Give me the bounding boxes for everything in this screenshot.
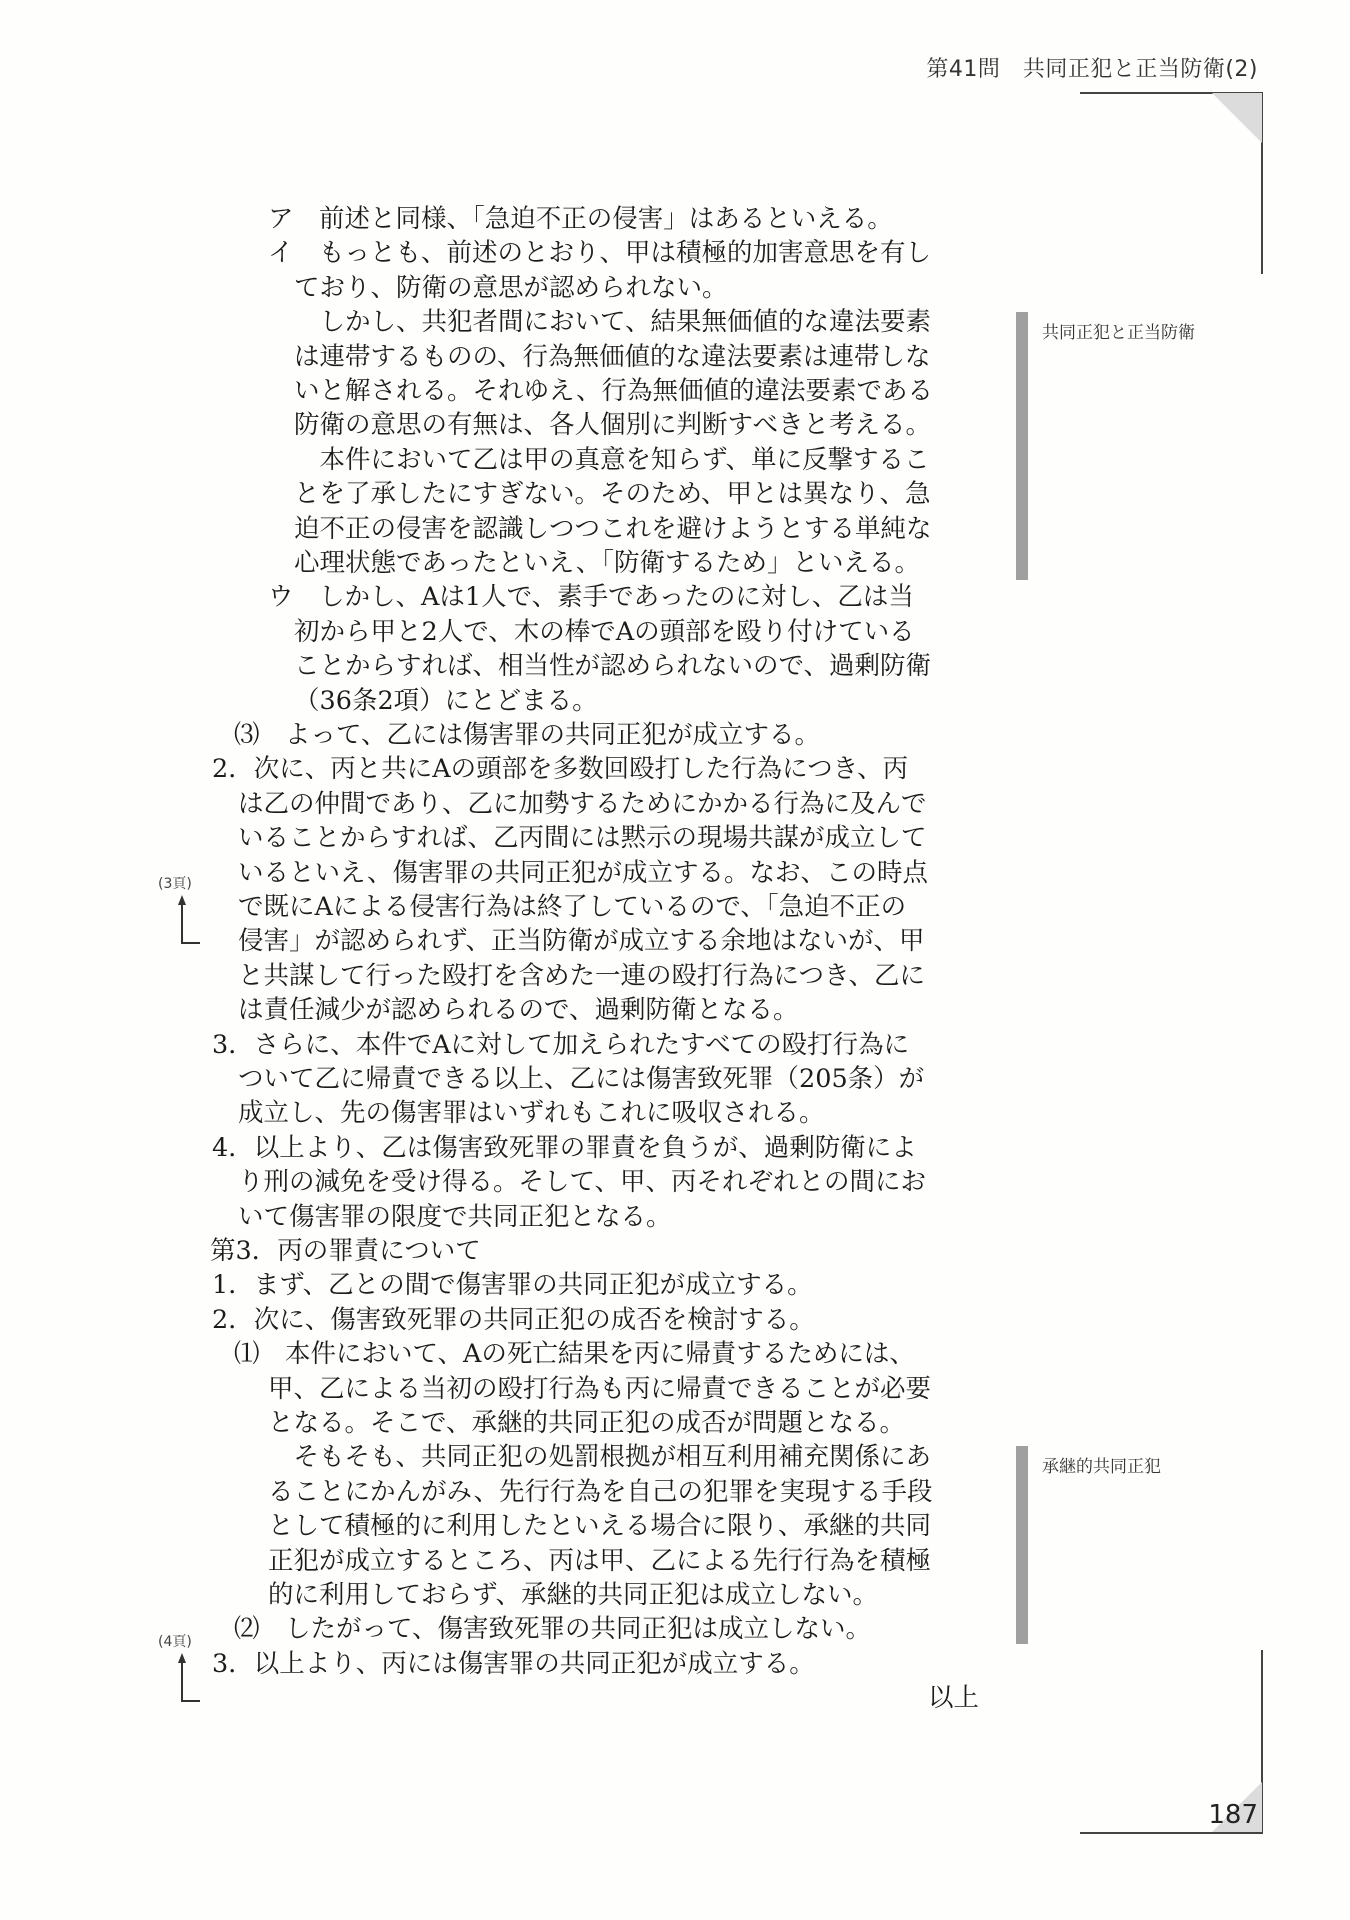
text-line: ア 前述と同様、「急迫不正の侵害」はあるといえる。 bbox=[268, 204, 893, 234]
text-line: 2．次に、丙と共にAの頭部を多数回殴打した行為につき、丙 bbox=[212, 754, 908, 784]
return-arrow-icon bbox=[170, 1651, 210, 1711]
sidebar-marker-bar bbox=[1016, 1446, 1028, 1644]
text-line: イ もっとも、前述のとおり、甲は積極的加害意思を有し bbox=[268, 238, 931, 268]
text-line: 甲、乙による当初の殴打行為も丙に帰責できることが必要 bbox=[268, 1374, 931, 1404]
text-line: 第3．丙の罪責について bbox=[210, 1236, 481, 1266]
text-line: ており、防衛の意思が認められない。 bbox=[294, 273, 728, 303]
page-header-title: 第41問 共同正犯と正当防衛(2) bbox=[926, 52, 1258, 83]
text-line: ⑶ よって、乙には傷害罪の共同正犯が成立する。 bbox=[234, 720, 820, 750]
return-arrow-icon bbox=[170, 893, 210, 953]
text-line: 侵害」が認められず、正当防衛が成立する余地はないが、甲 bbox=[238, 926, 924, 956]
text-line: ることにかんがみ、先行行為を自己の犯罪を実現する手段 bbox=[268, 1477, 933, 1507]
text-line: 3．以上より、丙には傷害罪の共同正犯が成立する。 bbox=[212, 1649, 815, 1679]
top-corner-triangle bbox=[1212, 93, 1262, 143]
text-line: ウ しかし、Aは1人で、素手であったのに対し、乙は当 bbox=[268, 582, 914, 612]
page-number: 187 bbox=[1208, 1800, 1258, 1830]
sidebar-marker-bar bbox=[1016, 312, 1028, 580]
text-line: いと解される。それゆえ、行為無価値的違法要素である bbox=[294, 376, 933, 406]
text-line: ⑴ 本件において、Aの死亡結果を丙に帰責するためには、 bbox=[234, 1339, 915, 1369]
text-line: となる。そこで、承継的共同正犯の成否が問題となる。 bbox=[268, 1408, 905, 1438]
text-line: 初から甲と2人で、木の棒でAの頭部を殴り付けている bbox=[294, 617, 915, 647]
text-line: いることからすれば、乙丙間には黙示の現場共謀が成立して bbox=[238, 823, 927, 853]
text-line: ことからすれば、相当性が認められないので、過剰防衛 bbox=[294, 651, 931, 681]
text-line: 的に利用しておらず、承継的共同正犯は成立しない。 bbox=[268, 1580, 878, 1610]
text-line: り刑の減免を受け得る。そして、甲、丙それぞれとの間にお bbox=[238, 1167, 926, 1197]
page-ref-label: (3頁) bbox=[158, 873, 192, 893]
text-line: とを了承したにすぎない。そのため、甲とは異なり、急 bbox=[294, 479, 930, 509]
text-line: 1．まず、乙との間で傷害罪の共同正犯が成立する。 bbox=[212, 1270, 813, 1300]
text-line: 迫不正の侵害を認識しつつこれを避けようとする単純な bbox=[294, 514, 932, 544]
text-line: ⑵ したがって、傷害致死罪の共同正犯は成立しない。 bbox=[234, 1614, 871, 1644]
text-line: 4．以上より、乙は傷害致死罪の罪責を負うが、過剰防衛によ bbox=[212, 1133, 917, 1163]
text-line: そもそも、共同正犯の処罰根拠が相互利用補充関係にあ bbox=[268, 1442, 931, 1472]
text-line: しかし、共犯者間において、結果無価値的な違法要素 bbox=[294, 307, 931, 337]
text-line: と共謀して行った殴打を含めた一連の殴打行為につき、乙に bbox=[238, 961, 925, 991]
text-line: として積極的に利用したといえる場合に限り、承継的共同 bbox=[268, 1511, 931, 1541]
text-line: は乙の仲間であり、乙に加勢するためにかかる行為に及んで bbox=[238, 789, 927, 819]
sidebar-keyword-label: 共同正犯と正当防衛 bbox=[1042, 318, 1195, 343]
text-line: で既にAによる侵害行為は終了しているので、「急迫不正の bbox=[238, 892, 906, 922]
text-line: （36条2項）にとどまる。 bbox=[294, 686, 598, 716]
text-line: ついて乙に帰責できる以上、乙には傷害致死罪（205条）が bbox=[238, 1064, 924, 1094]
text-line: 心理状態であったといえ、「防衛するため」といえる。 bbox=[294, 548, 920, 578]
text-line: 本件において乙は甲の真意を知らず、単に反撃するこ bbox=[294, 445, 929, 475]
text-line: 3．さらに、本件でAに対して加えられたすべての殴打行為に bbox=[212, 1030, 909, 1060]
text-line: いるといえ、傷害罪の共同正犯が成立する。なお、この時点 bbox=[238, 858, 928, 888]
text-line: は責任減少が認められるので、過剰防衛となる。 bbox=[238, 995, 799, 1025]
text-line: は連帯するものの、行為無価値的な違法要素は連帯しな bbox=[294, 342, 930, 372]
text-line: 以上 bbox=[928, 1683, 979, 1713]
page-ref-label: (4頁) bbox=[158, 1631, 192, 1651]
text-line: 防衛の意思の有無は、各人個別に判断すべきと考える。 bbox=[294, 410, 931, 440]
sidebar-keyword-label: 承継的共同正犯 bbox=[1042, 1452, 1161, 1477]
text-line: 2．次に、傷害致死罪の共同正犯の成否を検討する。 bbox=[212, 1305, 815, 1335]
text-line: いて傷害罪の限度で共同正犯となる。 bbox=[238, 1202, 672, 1232]
text-line: 正犯が成立するところ、丙は甲、乙による先行行為を積極 bbox=[268, 1546, 931, 1576]
text-line: 成立し、先の傷害罪はいずれもこれに吸収される。 bbox=[238, 1098, 825, 1128]
bottom-corner-rule-horizontal bbox=[1080, 1832, 1263, 1834]
